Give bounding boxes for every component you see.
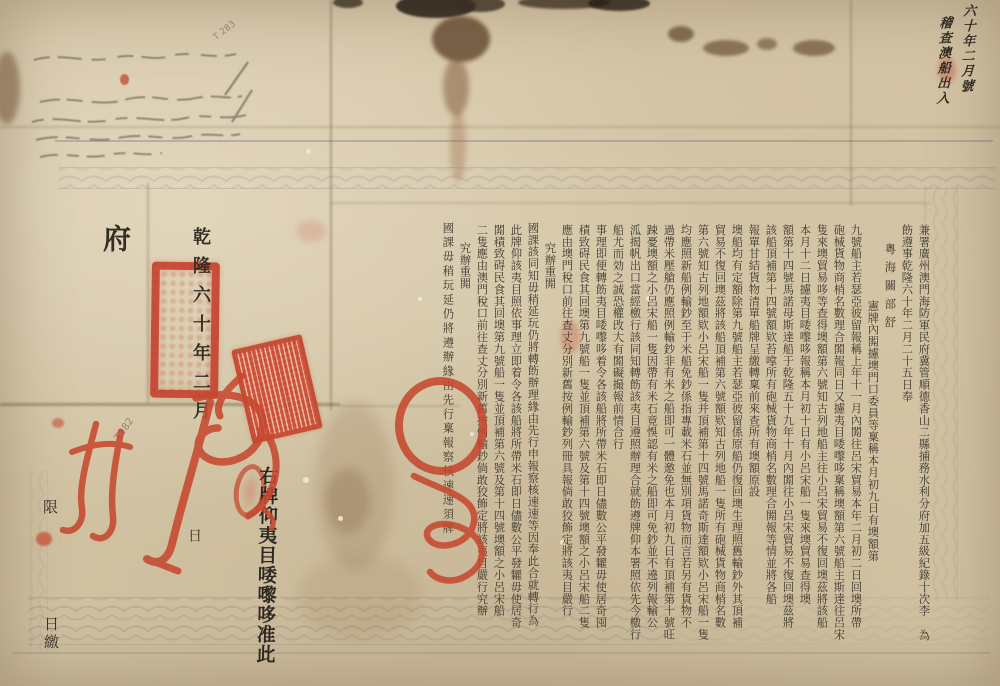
- manuscript-column: 究辦重閞: [458, 242, 470, 290]
- manuscript-column: 閞積致碍民食其回墺第九號船一隻並頂補第六號及第十四號墺額之小呂宋船: [492, 224, 504, 617]
- pencil-note-left: T282: [113, 416, 136, 443]
- red-dot: [120, 74, 129, 85]
- manuscript-column: 均應照新船例輸鈔至于米船免鈔係指專載米石並無別項貨物而言若另有貨物不: [679, 224, 691, 629]
- paper-speck: [338, 516, 343, 521]
- deadline-due: 日繳: [40, 616, 61, 652]
- manuscript-column: 砲械貨物商梢名數理合閞報同日又攄夷目唩嚟哆稟稱墺額第六號船主斯達往呂宋: [832, 224, 844, 641]
- manuscript-column: 國課毋稍玩延仍將遵辦緣由先行稟報察核速速須牌: [441, 222, 453, 537]
- manuscript-column: 飭遵事乾隆六十年二月二十五日奉: [900, 224, 912, 403]
- ink-spot: [703, 40, 749, 56]
- manuscript-column: 本月十二日攄夷目唩嚟哆報稱本月初十日有小呂宋船一隻來墺貿易查得墺: [798, 224, 810, 605]
- manuscript-column: 額第十四號馬諾母斯達船于乾隆五十九年十月內閞往小呂宋貿易不復回墺茲將: [781, 224, 793, 629]
- aged-manuscript-paper: 六十年二月號 稽查澳船出入 T 283 T282 府 乾隆六十年二月 日 限 日…: [0, 0, 1000, 686]
- red-signature-left: [72, 444, 130, 452]
- manuscript-column: 粵海關部舒: [883, 243, 895, 335]
- manuscript-column: 踈憂墺額之小呂宋船一隻因帶有米石竟悞認有米之船即可免鈔並不遶列報輸公: [645, 224, 657, 629]
- manuscript-column: 究辦重閞: [543, 242, 555, 290]
- ink-spot: [757, 38, 777, 50]
- archival-note-column: 六十年二月號: [956, 4, 978, 95]
- closing-order-column: 右牌仰夷目唩嚟哆准此: [250, 466, 280, 664]
- torn-edge: [396, 0, 476, 18]
- manuscript-column: 兼署廣州澳門海防軍民府冀管順德香山二縣捕務水利分府加五級紀錄十次李 為: [917, 224, 929, 641]
- manuscript-column: 貿易不復回墺茲將該船頂補第六號額欵知古列地船一隻所有砲械貨物商梢名數: [713, 224, 725, 629]
- ink-spot: [668, 26, 694, 42]
- paper-speck: [418, 297, 422, 301]
- red-smudge: [296, 220, 326, 242]
- paper-speck: [306, 149, 311, 154]
- manuscript-column: 應由墺門稅口前往查丈分別新舊按例輸鈔列冊具報倘敢狡飾定將該夷目嚴行: [560, 224, 572, 617]
- torn-edge: [588, 0, 650, 11]
- manuscript-column: 憲牌內閞攄墺門口委員等稟稱本月初九日有墺額第: [866, 300, 878, 562]
- manuscript-column: 泒揭帆出口當經檄行該同知轉飭該夷目遵照辦理合就飭遵牌仰本署照依先今檄行: [628, 224, 640, 641]
- manuscript-column: 墺船均有定額除第九號船主若瑟亞彼留係原船仍復回墺生理照舊輸鈔外其頂補: [730, 224, 742, 629]
- ink-spot: [793, 40, 835, 56]
- torn-edge: [518, 0, 610, 9]
- torn-edge: [333, 0, 363, 8]
- torn-edge: [455, 0, 505, 12]
- center-stain-core: [326, 468, 370, 534]
- fold-crease: [330, 202, 930, 204]
- paper-speck: [470, 432, 474, 436]
- manuscript-column: 過帶米壓艙仍應照例輸鈔非有米之船即可一體邀免也本月初九日有頂補第十號旺: [662, 224, 674, 641]
- fold-crease: [0, 126, 1000, 128]
- prefecture-character: 府: [94, 224, 134, 252]
- manuscript-column: 積致碍民食其回墺第九號船一隻並頂補第六號及第十四號墺額之小呂宋船二隻: [577, 224, 589, 629]
- paper-speck: [303, 477, 309, 483]
- manuscript-column: 九號船主若瑟亞彼留報稱上年十一月內閞往呂宋貿易本年二月初二日回墺所帶: [849, 224, 861, 629]
- paper-edge-line: [12, 652, 990, 654]
- red-signature-left: [93, 432, 121, 538]
- manuscript-column: 國課該同知毋稍延玩仍將轉飭辦理緣由先行申報察核速速等因奉此合就轉行為: [526, 222, 538, 627]
- ink-stain-drip: [443, 58, 469, 116]
- center-stain: [316, 402, 394, 570]
- fold-crease: [147, 183, 149, 403]
- manuscript-column: 二隻應由澳門稅口前往查丈分別新舊按例輸鈔倘敢狡飾定將該夷目嚴行究辦: [475, 224, 487, 617]
- frame-top-band: [58, 167, 996, 189]
- manuscript-column: 報單甘結貨物清單船牌呈繳轉稟前來查所有墺額原設: [747, 224, 759, 498]
- manuscript-column: 船尤而効之誠恐權攺大有閞礙撮報前情合行: [611, 224, 623, 450]
- frame-bottom-band-left: [28, 597, 670, 645]
- manuscript-column: 該船頂補第十四號額欵苔嗱所有砲械貨物商梢名數理合閞報等情並將各船: [764, 224, 776, 605]
- day-placeholder: 日: [183, 528, 203, 542]
- deadline-limit: 限: [39, 499, 60, 514]
- fold-crease: [330, 0, 332, 410]
- red-signature-center: [147, 559, 178, 571]
- manuscript-column: 此牌仰該夷目照依事理立即着令各該船將所帶米石即日儘數公平發糶毋使居奇: [509, 224, 521, 629]
- date-column: 乾隆六十年二月: [188, 227, 214, 430]
- official-seal: [231, 334, 323, 444]
- manuscript-column: 第六號知古列地額欵小呂宋船一隻并頂補第十四號馬諾奇斯達額欵小呂宋船一隻: [696, 224, 708, 641]
- pencil-note-top: T 283: [212, 19, 238, 43]
- ink-stain: [432, 16, 490, 62]
- archival-note-column: 稽查澳船出入: [932, 16, 954, 107]
- red-signature-left: [63, 424, 96, 531]
- manuscript-column: 事理即便轉飭夷目唩嚟哆着令各該船將所帶米石即日儘數公平發糶毋使居奇囤: [594, 224, 606, 629]
- red-dot: [52, 418, 64, 428]
- edge-blotch: [0, 52, 20, 124]
- manuscript-column: 隻來墺貿易哆等查得墺額第六號知古列地船主往小呂宋貿易不復回墺茲將該船: [815, 224, 827, 629]
- frame-top-rule: [55, 140, 993, 142]
